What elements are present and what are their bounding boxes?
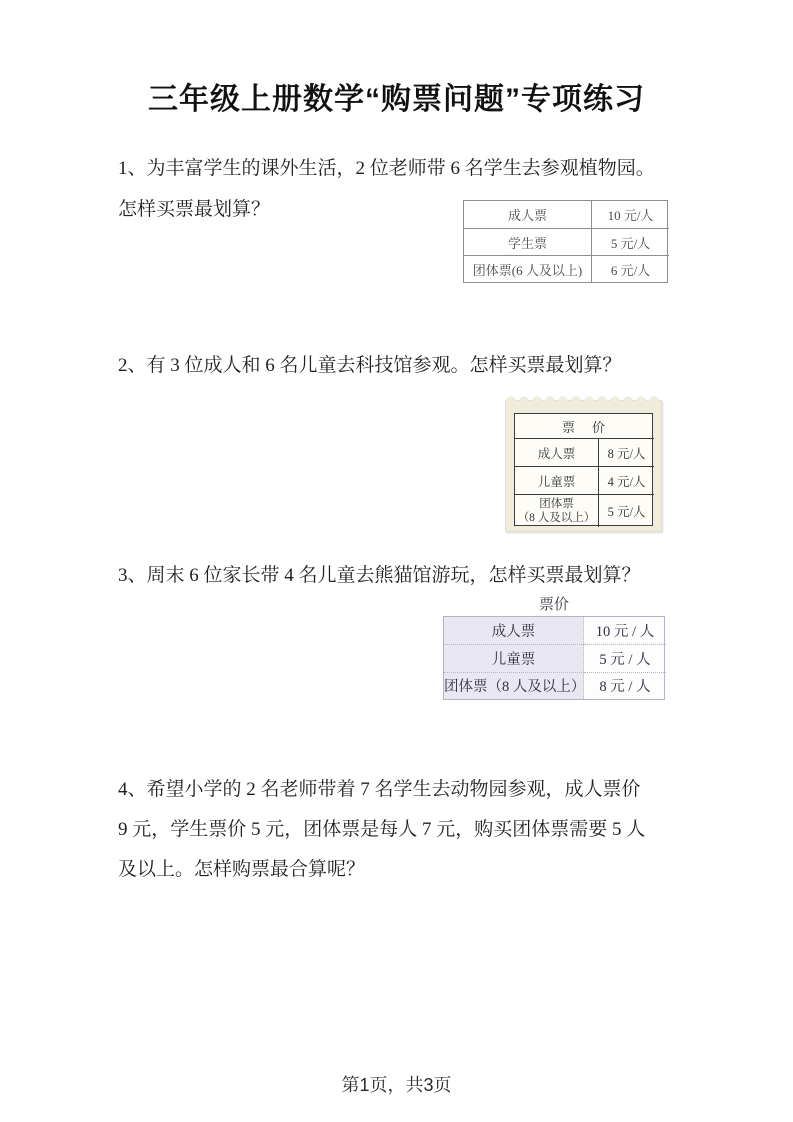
question-3: 3、周末 6 位家长带 4 名儿童去熊猫馆游玩，怎样买票最划算？: [118, 561, 698, 591]
price-table-3: 成人票 10 元 / 人 儿童票 5 元 / 人 团体票（8 人及以上） 8 元…: [443, 616, 665, 700]
table2-header: 票 价: [515, 414, 654, 439]
page-title: 三年级上册数学“购票问题”专项练习: [0, 74, 793, 118]
price-table-1: 成人票 10 元/人 学生票 5 元/人 团体票(6 人及以上) 6 元/人: [463, 200, 668, 283]
table2-row3-label: 团体票 （8 人及以上）: [515, 495, 598, 527]
table3-row3-price: 8 元 / 人: [584, 672, 666, 699]
table2-row3-price: 5 元/人: [598, 495, 654, 527]
table2-row3-label-line1: 团体票: [539, 497, 574, 511]
question-2: 2、有 3 位成人和 6 名儿童去科技馆参观。怎样买票最划算？: [118, 351, 698, 381]
table3-title: 票价: [443, 593, 665, 614]
price-table-2-paper: 票 价 成人票 8 元/人 儿童票 4 元/人 团体票 （8 人及以上） 5 元…: [505, 400, 662, 532]
question-1-line-1: 1、为丰富学生的课外生活，2 位老师带 6 名学生去参观植物园。: [118, 148, 698, 189]
table2-row2-price: 4 元/人: [598, 467, 654, 495]
table1-row2-price: 5 元/人: [591, 228, 669, 255]
table2-row2-label: 儿童票: [515, 467, 598, 495]
table3-row2-label: 儿童票: [444, 644, 584, 671]
price-table-2: 票 价 成人票 8 元/人 儿童票 4 元/人 团体票 （8 人及以上） 5 元…: [514, 413, 653, 526]
table3-row1-label: 成人票: [444, 617, 584, 644]
question-4: 4、希望小学的 2 名老师带着 7 名学生去动物园参观，成人票价 9 元，学生票…: [118, 770, 698, 890]
question-4-line-3: 及以上。怎样购票最合算呢？: [118, 850, 698, 890]
table1-row3-label: 团体票(6 人及以上): [464, 255, 591, 282]
table3-row1-price: 10 元 / 人: [584, 617, 666, 644]
question-4-line-1: 4、希望小学的 2 名老师带着 7 名学生去动物园参观，成人票价: [118, 770, 698, 810]
question-2-line-1: 2、有 3 位成人和 6 名儿童去科技馆参观。怎样买票最划算？: [118, 351, 698, 381]
page-number-footer: 第1页，共3页: [0, 1071, 793, 1097]
worksheet-page: 三年级上册数学“购票问题”专项练习 1、为丰富学生的课外生活，2 位老师带 6 …: [0, 0, 793, 1122]
table3-row2-price: 5 元 / 人: [584, 644, 666, 671]
table2-row1-price: 8 元/人: [598, 439, 654, 467]
question-4-line-2: 9 元，学生票价 5 元，团体票是每人 7 元，购买团体票需要 5 人: [118, 810, 698, 850]
table1-row1-label: 成人票: [464, 201, 591, 228]
table2-row3-label-line2: （8 人及以上）: [518, 511, 596, 525]
paper-torn-edge: [505, 394, 662, 401]
table3-row3-label: 团体票（8 人及以上）: [444, 672, 584, 699]
table1-row1-price: 10 元/人: [591, 201, 669, 228]
table2-row1-label: 成人票: [515, 439, 598, 467]
question-3-line-1: 3、周末 6 位家长带 4 名儿童去熊猫馆游玩，怎样买票最划算？: [118, 561, 698, 591]
table1-row3-price: 6 元/人: [591, 255, 669, 282]
table1-row2-label: 学生票: [464, 228, 591, 255]
